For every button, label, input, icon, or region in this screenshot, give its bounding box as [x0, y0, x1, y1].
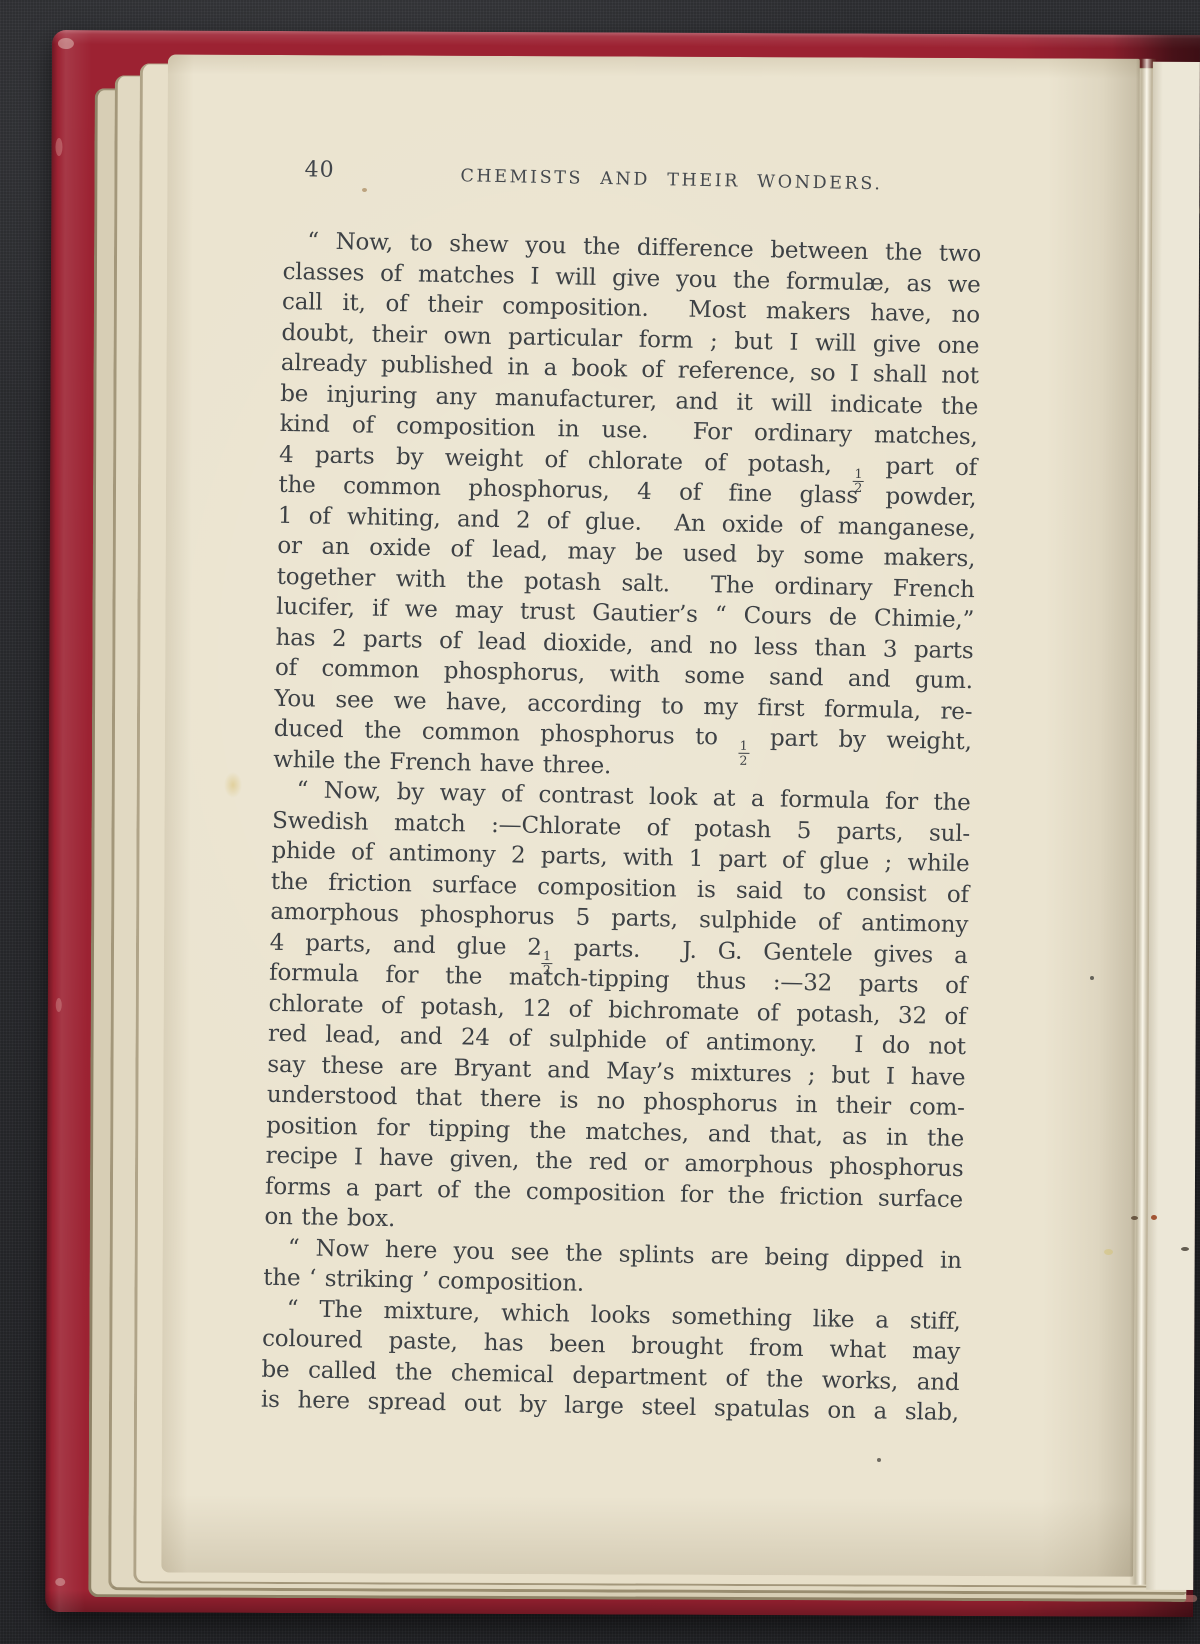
page-content: 40 CHEMISTS AND THEIR WONDERS. “ Now, to…	[140, 54, 1141, 1590]
fraction-one-half: 12	[738, 740, 749, 768]
paper-speck	[1104, 1249, 1113, 1255]
paper-speck	[1151, 1215, 1157, 1220]
cover-wear-mark	[56, 998, 62, 1012]
paragraph: “ The mixture, which looks something lik…	[261, 1293, 961, 1428]
paper-stain	[224, 772, 242, 798]
paragraph: “ Now, by way of contrast look at a form…	[264, 775, 971, 1246]
paper-speck	[1090, 976, 1094, 980]
cover-wear-mark	[55, 138, 62, 156]
next-page-edge	[1146, 62, 1200, 1590]
paper-speck	[362, 188, 367, 192]
book-page: 40 CHEMISTS AND THEIR WONDERS. “ Now, to…	[161, 55, 1140, 1577]
page-header: 40 CHEMISTS AND THEIR WONDERS.	[284, 157, 982, 200]
paper-speck	[1181, 1247, 1189, 1251]
page-text: “ Now, to shew you the difference betwee…	[261, 226, 982, 1429]
paragraph: “ Now, to shew you the difference betwee…	[273, 226, 981, 788]
running-header: CHEMISTS AND THEIR WONDERS.	[322, 158, 1020, 197]
cover-wear-mark	[58, 38, 74, 49]
paper-speck	[1131, 1216, 1138, 1220]
open-book: 40 CHEMISTS AND THEIR WONDERS. “ Now, to…	[45, 30, 1200, 1617]
paper-speck	[877, 1458, 881, 1462]
cover-wear-mark	[55, 1578, 65, 1586]
photo-background: 40 CHEMISTS AND THEIR WONDERS. “ Now, to…	[0, 0, 1200, 1644]
